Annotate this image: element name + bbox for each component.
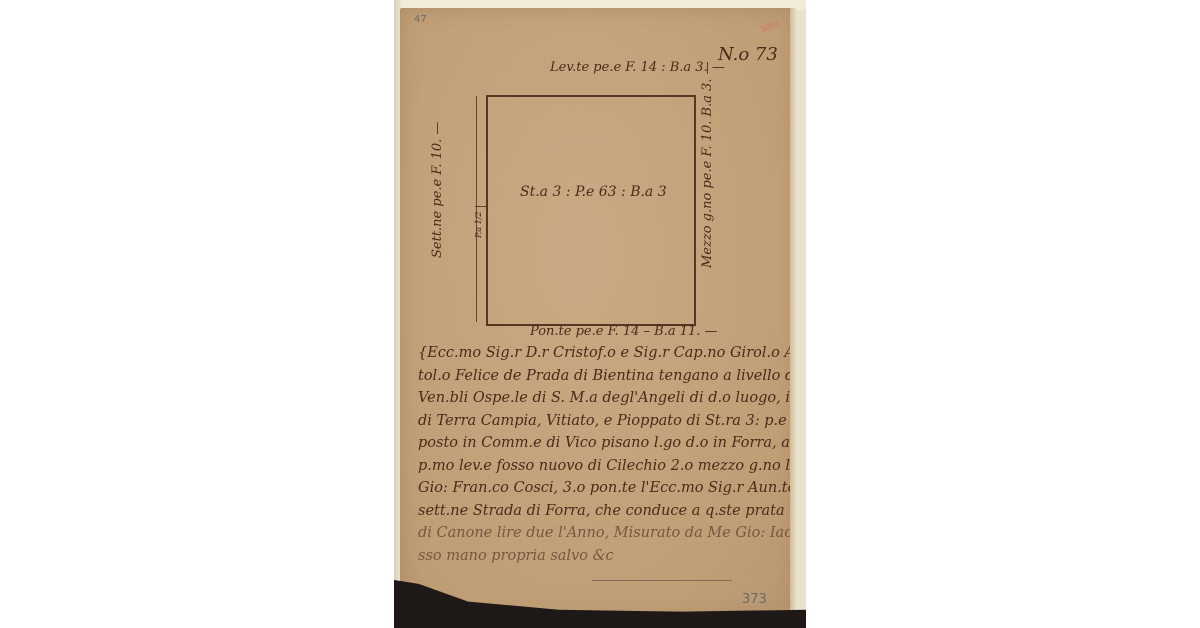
manuscript-scan: 47 3001 N.o 73 Lev.te pe.e F. 14 : B.a 3…	[394, 0, 806, 628]
corner-mark: 47	[414, 14, 427, 25]
survey-description: {Ecc.mo Sig.r D.r Cristof.o e Sig.r Cap.…	[418, 342, 790, 567]
entry-number: N.o 73	[718, 44, 778, 65]
text-line: tol.o Felice de Prada di Bientina tengan…	[418, 365, 790, 388]
closing-rule-line	[592, 580, 732, 581]
text-line: di Terra Campia, Vitiato, e Pioppato di …	[418, 410, 790, 433]
land-plot-diagram	[486, 95, 696, 326]
text-line: p.mo lev.e fosso nuovo di Cilechio 2.o m…	[418, 455, 790, 478]
text-line: Ven.bli Ospe.le di S. M.a degl'Angeli di…	[418, 387, 790, 410]
plot-area-label: St.a 3 : P.e 63 : B.a 3	[520, 184, 667, 200]
east-boundary-label: Mezzo g.no pe.e F. 10. B.a 3. —	[700, 61, 715, 268]
south-boundary-label: Pon.te pe.e F. 14 – B.a 11. —	[530, 324, 718, 339]
text-line: posto in Comm.e di Vico pisano l.go d.o …	[418, 432, 790, 455]
red-stamp: 3001	[759, 19, 781, 34]
text-line: Gio: Fran.co Cosci, 3.o pon.te l'Ecc.mo …	[418, 477, 790, 500]
strip-label: P.a 1/2	[474, 212, 483, 239]
folio-number: 373	[742, 592, 767, 607]
text-line: di Canone lire due l'Anno, Misurato da M…	[418, 522, 790, 545]
parchment-page: 47 3001 N.o 73 Lev.te pe.e F. 14 : B.a 3…	[400, 8, 796, 618]
west-boundary-label: Sett.ne pe.e F. 10. —	[430, 122, 445, 258]
text-line: sso mano propria salvo &c	[418, 545, 790, 568]
text-line: sett.ne Strada di Forra, che conduce a q…	[418, 500, 790, 523]
north-boundary-label: Lev.te pe.e F. 14 : B.a 3. —	[550, 60, 725, 75]
text-line: {Ecc.mo Sig.r D.r Cristof.o e Sig.r Cap.…	[418, 342, 790, 365]
page-right-edge	[790, 8, 796, 618]
